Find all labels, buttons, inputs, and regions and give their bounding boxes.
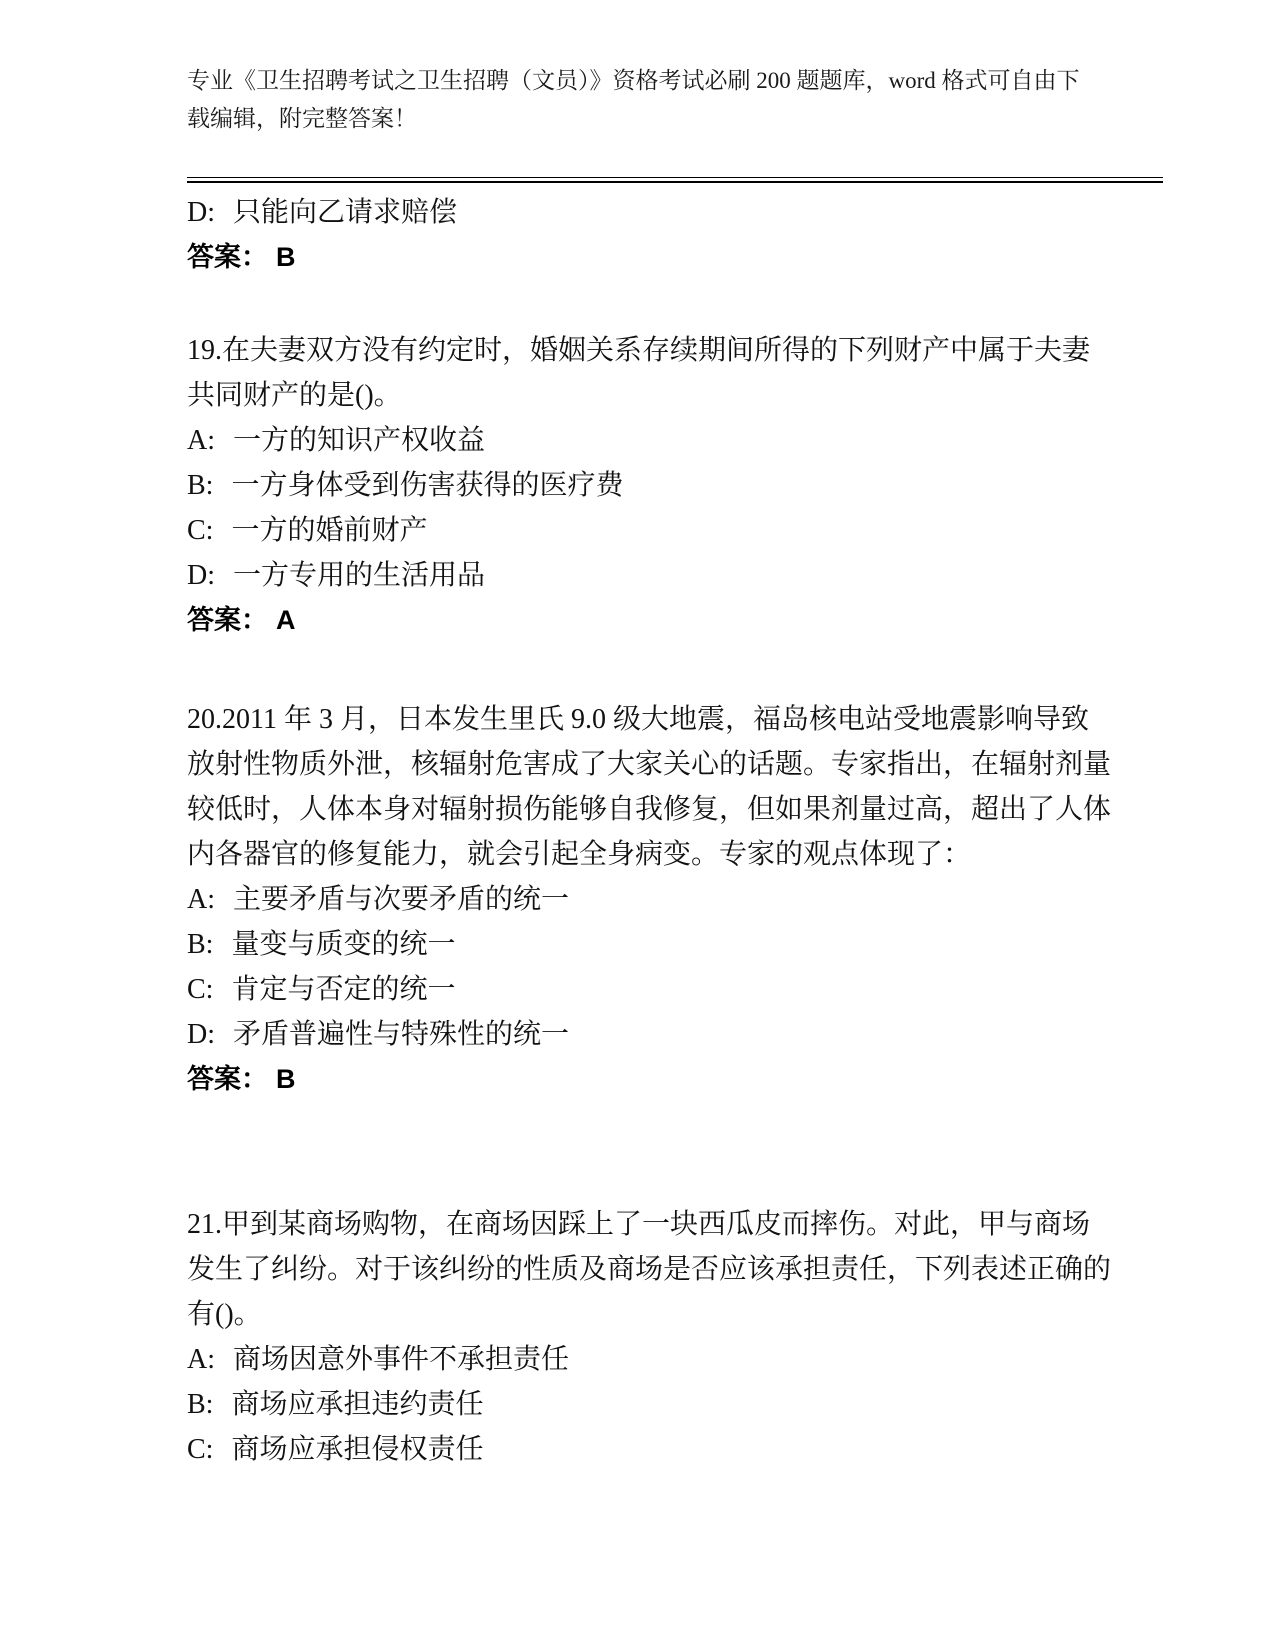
option-text: 商场因意外事件不承担责任 [233,1344,569,1375]
option-text: 肯定与否定的统一 [231,974,455,1005]
option-label: D: [187,560,215,591]
question-stem: 21.甲到某商场购物，在商场因踩上了一块西瓜皮而摔伤。对此，甲与商场发生了纠纷。… [187,1202,1112,1337]
option-line-d: D:一方专用的生活用品 [187,553,1112,598]
option-label: D: [187,197,215,228]
answer-value: B [276,242,296,272]
option-text: 一方专用的生活用品 [233,560,485,591]
question-21: 21.甲到某商场购物，在商场因踩上了一块西瓜皮而摔伤。对此，甲与商场发生了纠纷。… [187,1202,1112,1472]
option-label: B: [187,1389,213,1420]
header-note: 专业《卫生招聘考试之卫生招聘（文员）》资格考试必刷 200 题题库，word 格… [187,62,1092,138]
question-number: 19. [187,335,222,366]
option-text: 商场应承担侵权责任 [231,1434,483,1465]
answer-line: 答案：B [187,235,1112,280]
option-line-d: D:只能向乙请求赔偿 [187,190,1112,235]
question-number: 21. [187,1209,222,1240]
option-line-a: A:商场因意外事件不承担责任 [187,1337,1112,1382]
question-20: 20.2011 年 3 月，日本发生里氏 9.0 级大地震，福岛核电站受地震影响… [187,697,1112,1102]
option-label: B: [187,470,213,501]
option-text: 量变与质变的统一 [231,929,455,960]
option-text: 只能向乙请求赔偿 [233,197,457,228]
option-line-a: A:主要矛盾与次要矛盾的统一 [187,877,1112,922]
answer-label: 答案： [187,1064,268,1094]
question-18-tail: D:只能向乙请求赔偿 答案：B [187,190,1112,280]
option-text: 一方的知识产权收益 [233,425,485,456]
option-line-b: B:商场应承担违约责任 [187,1382,1112,1427]
option-label: C: [187,974,213,1005]
answer-label: 答案： [187,605,268,635]
option-line-b: B:一方身体受到伤害获得的医疗费 [187,463,1112,508]
document-page: 专业《卫生招聘考试之卫生招聘（文员）》资格考试必刷 200 题题库，word 格… [0,0,1275,1650]
option-line-c: C:一方的婚前财产 [187,508,1112,553]
answer-label: 答案： [187,242,268,272]
header-divider [187,177,1163,183]
answer-value: B [276,1064,296,1094]
option-text: 一方身体受到伤害获得的医疗费 [231,470,623,501]
option-label: C: [187,1434,213,1465]
question-stem-text: 2011 年 3 月，日本发生里氏 9.0 级大地震，福岛核电站受地震影响导致放… [187,704,1111,870]
answer-line: 答案：A [187,598,1112,643]
option-line-c: C:肯定与否定的统一 [187,967,1112,1012]
option-line-d: D:矛盾普遍性与特殊性的统一 [187,1012,1112,1057]
question-stem-text: 甲到某商场购物，在商场因踩上了一块西瓜皮而摔伤。对此，甲与商场发生了纠纷。对于该… [187,1209,1111,1330]
option-text: 商场应承担违约责任 [231,1389,483,1420]
option-label: A: [187,1344,215,1375]
option-label: A: [187,884,215,915]
option-line-a: A:一方的知识产权收益 [187,418,1112,463]
answer-line: 答案：B [187,1057,1112,1102]
question-number: 20. [187,704,222,735]
question-stem: 20.2011 年 3 月，日本发生里氏 9.0 级大地震，福岛核电站受地震影响… [187,697,1112,877]
question-stem: 19.在夫妻双方没有约定时，婚姻关系存续期间所得的下列财产中属于夫妻共同财产的是… [187,328,1112,418]
option-label: B: [187,929,213,960]
option-label: D: [187,1019,215,1050]
option-line-c: C:商场应承担侵权责任 [187,1427,1112,1472]
answer-value: A [276,605,296,635]
option-label: C: [187,515,213,546]
option-line-b: B:量变与质变的统一 [187,922,1112,967]
option-label: A: [187,425,215,456]
question-stem-text: 在夫妻双方没有约定时，婚姻关系存续期间所得的下列财产中属于夫妻共同财产的是()。 [187,335,1090,411]
option-text: 一方的婚前财产 [231,515,427,546]
option-text: 矛盾普遍性与特殊性的统一 [233,1019,569,1050]
question-19: 19.在夫妻双方没有约定时，婚姻关系存续期间所得的下列财产中属于夫妻共同财产的是… [187,328,1112,643]
option-text: 主要矛盾与次要矛盾的统一 [233,884,569,915]
